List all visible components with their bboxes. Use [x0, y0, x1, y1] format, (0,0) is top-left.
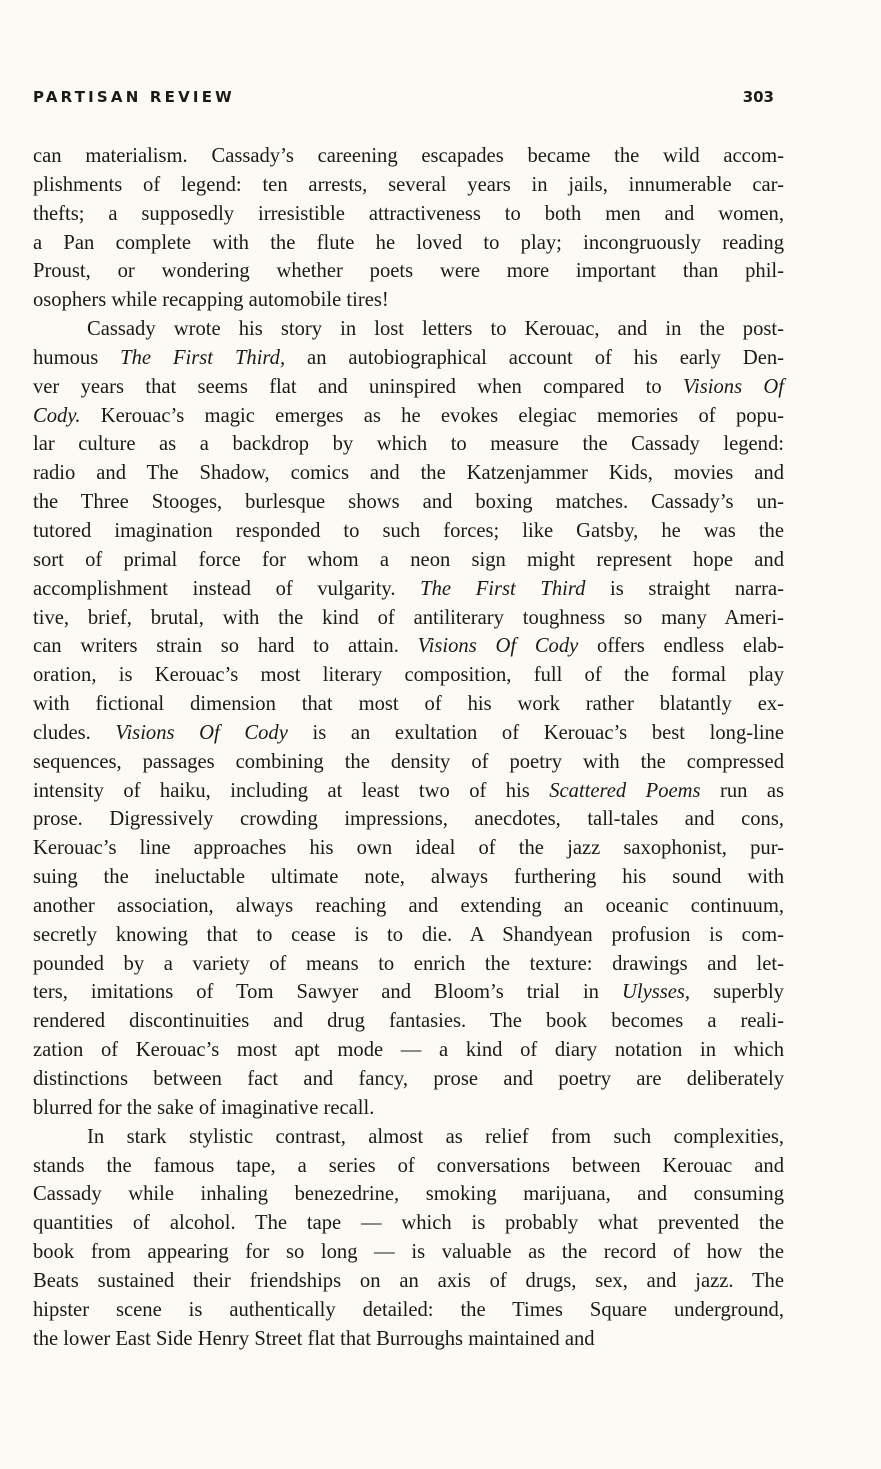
text-line: pounded by a variety of means to enrich … [33, 950, 784, 979]
italic-title: The First Third, [120, 347, 285, 369]
text-line: cludes. Visions Of Cody is an exultation… [33, 719, 784, 748]
text-line: distinctions between fact and fancy, pro… [33, 1065, 784, 1094]
text-line: book from appearing for so long — is val… [33, 1238, 784, 1267]
text-line: can materialism. Cassady’s careening esc… [33, 142, 784, 171]
text-run: stands the famous tape, a series of conv… [33, 1155, 784, 1177]
text-run: Kerouac’s magic emerges as he evokes ele… [80, 405, 784, 427]
text-line: Kerouac’s line approaches his own ideal … [33, 834, 784, 863]
text-line: ver years that seems flat and uninspired… [33, 373, 784, 402]
text-run: zation of Kerouac’s most apt mode — a ki… [33, 1039, 784, 1061]
text-line: Cassady wrote his story in lost letters … [33, 315, 784, 344]
text-run: sequences, passages combining the densit… [33, 751, 784, 773]
italic-title: Visions Of Cody [418, 635, 579, 657]
text-run: osophers while recapping automobile tire… [33, 289, 389, 311]
italic-title: Visions Of Cody [115, 722, 287, 744]
paragraph: Cassady wrote his story in lost letters … [33, 315, 784, 1123]
text-run: accomplishment instead of vulgarity. [33, 578, 420, 600]
text-run: cludes. [33, 722, 115, 744]
text-line: suing the ineluctable ultimate note, alw… [33, 863, 784, 892]
text-line: sequences, passages combining the densit… [33, 748, 784, 777]
text-line: radio and The Shadow, comics and the Kat… [33, 459, 784, 488]
text-run: Kerouac’s line approaches his own ideal … [33, 837, 784, 859]
text-run: offers endless elab- [578, 635, 784, 657]
text-run: the Three Stooges, burlesque shows and b… [33, 491, 784, 513]
text-line: a Pan complete with the flute he loved t… [33, 229, 784, 258]
text-line: ters, imitations of Tom Sawyer and Bloom… [33, 978, 784, 1007]
text-run: secretly knowing that to cease is to die… [33, 924, 784, 946]
text-line: Cody. Kerouac’s magic emerges as he evok… [33, 402, 784, 431]
text-run: Cassady while inhaling benezedrine, smok… [33, 1183, 784, 1205]
italic-title: The First Third [420, 578, 585, 600]
text-run: rendered discontinuities and drug fantas… [33, 1010, 784, 1032]
text-run: In stark stylistic contrast, almost as r… [87, 1126, 784, 1148]
text-run: quantities of alcohol. The tape — which … [33, 1212, 784, 1234]
text-run: with fictional dimension that most of hi… [33, 693, 784, 715]
text-run: is an exultation of Kerouac’s best long-… [288, 722, 784, 744]
text-line: the lower East Side Henry Street flat th… [33, 1325, 784, 1354]
text-line: Cassady while inhaling benezedrine, smok… [33, 1180, 784, 1209]
text-line: prose. Digressively crowding impressions… [33, 805, 784, 834]
italic-title: Ulysses, [622, 981, 690, 1003]
text-line: sort of primal force for whom a neon sig… [33, 546, 784, 575]
text-line: secretly knowing that to cease is to die… [33, 921, 784, 950]
text-run: tive, brief, brutal, with the kind of an… [33, 607, 784, 629]
text-run: the lower East Side Henry Street flat th… [33, 1328, 595, 1350]
text-line: quantities of alcohol. The tape — which … [33, 1209, 784, 1238]
text-line: plishments of legend: ten arrests, sever… [33, 171, 784, 200]
text-line: intensity of haiku, including at least t… [33, 777, 784, 806]
text-line: can writers strain so hard to attain. Vi… [33, 632, 784, 661]
text-line: lar culture as a backdrop by which to me… [33, 430, 784, 459]
text-run: book from appearing for so long — is val… [33, 1241, 784, 1263]
text-line: humous The First Third, an autobiographi… [33, 344, 784, 373]
text-run: a Pan complete with the flute he loved t… [33, 232, 784, 254]
text-line: osophers while recapping automobile tire… [33, 286, 784, 315]
text-run: oration, is Kerouac’s most literary comp… [33, 664, 784, 686]
text-line: In stark stylistic contrast, almost as r… [33, 1123, 784, 1152]
paragraph: can materialism. Cassady’s careening esc… [33, 142, 784, 315]
text-run: another association, always reaching and… [33, 895, 784, 917]
text-line: tutored imagination responded to such fo… [33, 517, 784, 546]
text-line: Proust, or wondering whether poets were … [33, 257, 784, 286]
italic-title: Cody. [33, 405, 80, 427]
text-line: stands the famous tape, a series of conv… [33, 1152, 784, 1181]
text-run: prose. Digressively crowding impressions… [33, 808, 784, 830]
text-line: rendered discontinuities and drug fantas… [33, 1007, 784, 1036]
running-head: PARTISAN REVIEW 303 [33, 88, 774, 106]
text-run: distinctions between fact and fancy, pro… [33, 1068, 784, 1090]
page-number: 303 [743, 88, 774, 106]
text-line: tive, brief, brutal, with the kind of an… [33, 604, 784, 633]
text-run: pounded by a variety of means to enrich … [33, 953, 784, 975]
text-run: humous [33, 347, 120, 369]
text-run: is straight narra- [585, 578, 784, 600]
text-line: hipster scene is authentically detailed:… [33, 1296, 784, 1325]
text-run: sort of primal force for whom a neon sig… [33, 549, 784, 571]
text-run: can materialism. Cassady’s careening esc… [33, 145, 784, 167]
text-run: run as [701, 780, 784, 802]
text-line: accomplishment instead of vulgarity. The… [33, 575, 784, 604]
text-run: Cassady wrote his story in lost letters … [87, 318, 784, 340]
text-run: Beats sustained their friendships on an … [33, 1270, 784, 1292]
text-run: ver years that seems flat and uninspired… [33, 376, 683, 398]
text-line: Beats sustained their friendships on an … [33, 1267, 784, 1296]
text-run: ters, imitations of Tom Sawyer and Bloom… [33, 981, 622, 1003]
body-text: can materialism. Cassady’s careening esc… [33, 142, 784, 1353]
text-run: plishments of legend: ten arrests, sever… [33, 174, 784, 196]
text-run: thefts; a supposedly irresistible attrac… [33, 203, 784, 225]
text-run: lar culture as a backdrop by which to me… [33, 433, 784, 455]
text-run: radio and The Shadow, comics and the Kat… [33, 462, 784, 484]
text-run: can writers strain so hard to attain. [33, 635, 418, 657]
text-line: the Three Stooges, burlesque shows and b… [33, 488, 784, 517]
text-run: an autobiographical account of his early… [285, 347, 784, 369]
text-line: another association, always reaching and… [33, 892, 784, 921]
text-run: hipster scene is authentically detailed:… [33, 1299, 784, 1321]
text-line: with fictional dimension that most of hi… [33, 690, 784, 719]
text-line: oration, is Kerouac’s most literary comp… [33, 661, 784, 690]
italic-title: Scattered Poems [549, 780, 700, 802]
text-run: Proust, or wondering whether poets were … [33, 260, 784, 282]
text-run: intensity of haiku, including at least t… [33, 780, 549, 802]
paragraph: In stark stylistic contrast, almost as r… [33, 1123, 784, 1354]
text-line: blurred for the sake of imaginative reca… [33, 1094, 784, 1123]
italic-title: Visions Of [683, 376, 784, 398]
text-run: superbly [690, 981, 784, 1003]
text-run: blurred for the sake of imaginative reca… [33, 1097, 374, 1119]
text-line: zation of Kerouac’s most apt mode — a ki… [33, 1036, 784, 1065]
text-run: suing the ineluctable ultimate note, alw… [33, 866, 784, 888]
text-line: thefts; a supposedly irresistible attrac… [33, 200, 784, 229]
journal-title: PARTISAN REVIEW [33, 88, 235, 106]
text-run: tutored imagination responded to such fo… [33, 520, 784, 542]
